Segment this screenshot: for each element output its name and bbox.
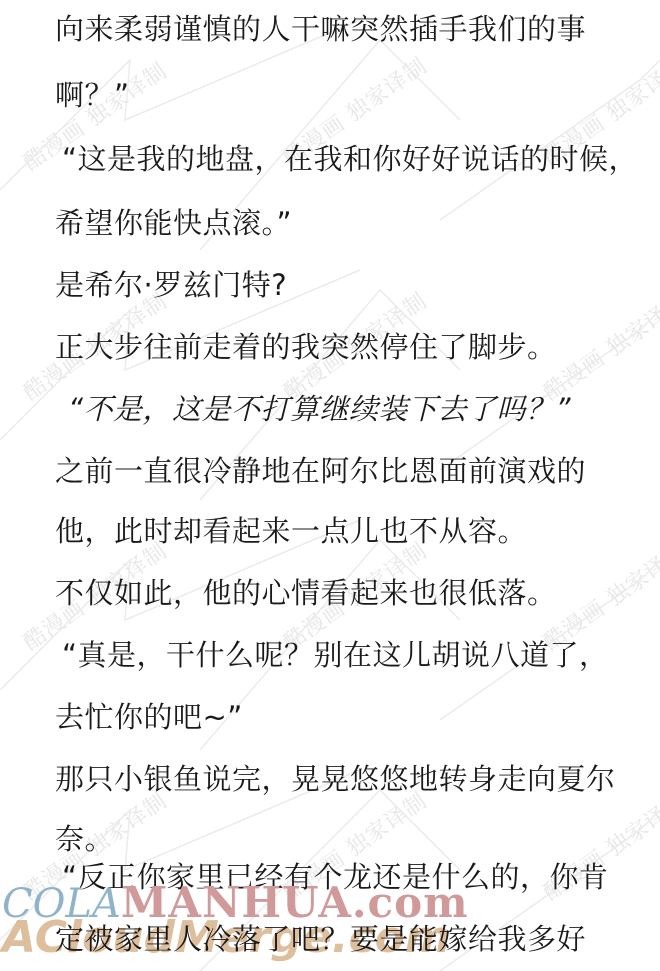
text-line-6: 正大步往前走着的我突然停住了脚步。 <box>55 330 557 364</box>
text-line-13: 那只小银鱼说完，晃晃悠悠地转身走向夏尔 <box>55 762 616 796</box>
text-line-15: “反正你家里已经有个龙还是什么的，你肯 <box>62 860 609 894</box>
text-line-12: 去忙你的吧~” <box>55 700 243 734</box>
text-line-14: 奈。 <box>55 822 114 856</box>
text-line-3: “这是我的地盘，在我和你好好说话的时候， <box>62 142 638 176</box>
text-line-5: 是希尔·罗兹门特? <box>55 268 287 302</box>
text-line-1: 向来柔弱谨慎的人干嘛突然插手我们的事 <box>55 12 586 46</box>
text-line-10: 不仅如此，他的心情看起来也很低落。 <box>55 576 557 610</box>
text-line-8: 之前一直很冷静地在阿尔比恩面前演戏的 <box>55 454 586 488</box>
text-line-9: 他，此时却看起来一点儿也不从容。 <box>55 514 527 548</box>
text-line-7: “不是，这是不打算继续装下去了吗？” <box>68 392 571 426</box>
text-line-11: “真是，干什么呢？别在这儿胡说八道了， <box>62 638 609 672</box>
text-line-16: 定被家里人冷落了吧？要是能嫁给我多好 <box>55 922 586 956</box>
text-line-4: 希望你能快点滚。” <box>55 206 292 240</box>
text-line-2: 啊？” <box>55 78 130 112</box>
